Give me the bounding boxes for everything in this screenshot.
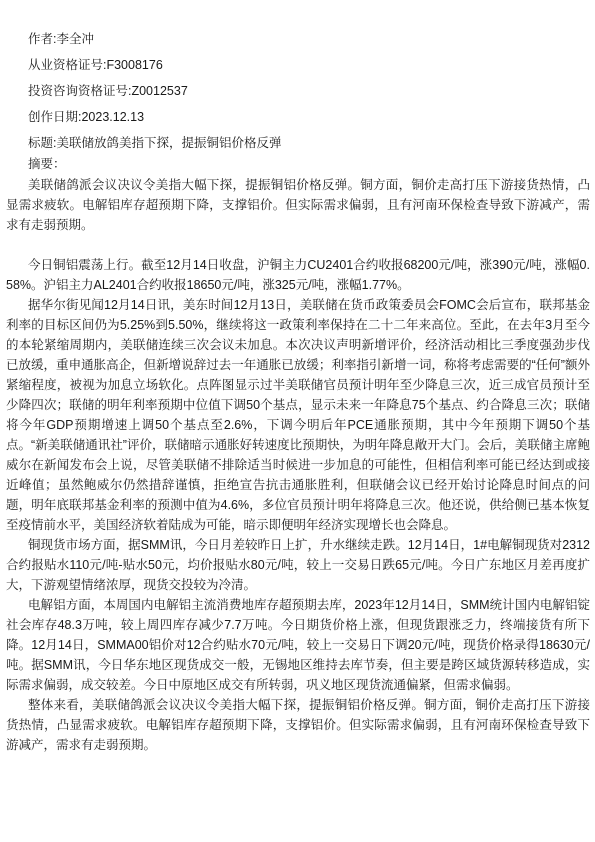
author-line: 作者:李全冲	[6, 29, 590, 49]
paragraph-overall-view: 整体来看，美联储鸽派会议决议令美指大幅下探，提振铜铝价格反弹。铜方面，铜价走高打…	[6, 695, 590, 755]
paragraph-fomc-news: 据华尔街见闻12月14日讯，美东时间12月13日，美联储在货币政策委员会FOMC…	[6, 295, 590, 535]
paragraph-copper-spot: 铜现货市场方面，据SMM讯，今日月差较昨日上扩，升水继续走跌。12月14日，1#…	[6, 535, 590, 595]
created-date-line: 创作日期:2023.12.13	[6, 107, 590, 127]
paragraph-price-recap: 今日铜铝震荡上行。截至12月14日收盘，沪铜主力CU2401合约收报68200元…	[6, 255, 590, 295]
summary-paragraph: 美联储鸽派会议决议令美指大幅下探，提振铜铝价格反弹。铜方面，铜价走高打压下游接货…	[6, 175, 590, 235]
summary-label: 摘要：	[6, 154, 590, 175]
document-page: 作者:李全冲 从业资格证号:F3008176 投资咨询资格证号:Z0012537…	[0, 0, 595, 842]
paragraph-aluminum-market: 电解铝方面，本周国内电解铝主流消费地库存超预期去库，2023年12月14日，SM…	[6, 595, 590, 695]
document-title-line: 标题:美联储放鸽美指下探，提振铜铝价格反弹	[6, 133, 590, 154]
advisory-cert-line: 投资咨询资格证号:Z0012537	[6, 81, 590, 101]
practice-cert-line: 从业资格证号:F3008176	[6, 55, 590, 75]
